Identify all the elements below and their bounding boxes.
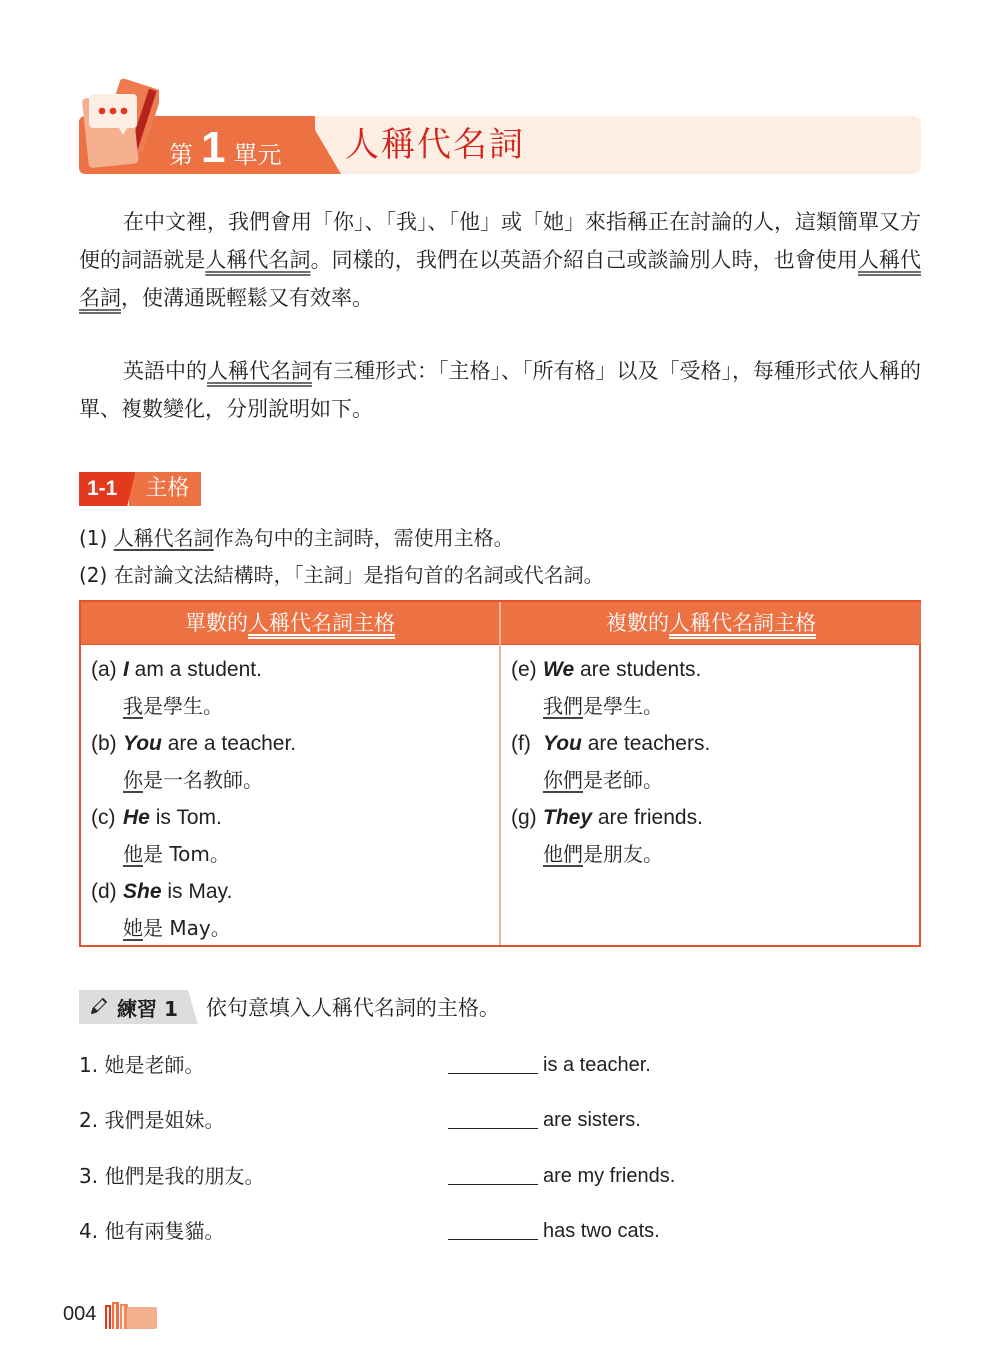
answer-blank[interactable] (448, 1050, 538, 1074)
translation-rest: 是 May。 (143, 916, 231, 940)
example-sentence: (c)He is Tom. (91, 799, 489, 836)
pronoun-zh: 我們 (543, 694, 583, 718)
example-sentence: (d)She is May. (91, 873, 489, 910)
term-underlined: 人稱代名詞 (114, 526, 214, 550)
rule-text: 在討論文法結構時，「主詞」是指句首的名詞或代名詞。 (114, 563, 604, 587)
pronoun: You (543, 732, 582, 755)
practice-label: 練習 1 (117, 993, 178, 1022)
rule-2: (2) 在討論文法結構時，「主詞」是指句首的名詞或代名詞。 (79, 560, 604, 590)
unit-title: 人稱代名詞 (345, 122, 525, 168)
question-english: has two cats. (543, 1216, 660, 1246)
practice-question: 4. 他有兩隻貓。 has two cats. (79, 1216, 921, 1246)
example-translation: 我是學生。 (91, 688, 489, 725)
translation-rest: 是朋友。 (583, 842, 663, 866)
header-text: 複數的 (606, 611, 669, 635)
unit-number-label: 第 1 單元 (169, 122, 281, 172)
question-chinese: 4. 他有兩隻貓。 (79, 1216, 224, 1246)
example-sentence: (e)We are students. (511, 651, 911, 688)
translation-rest: 是老師。 (583, 768, 663, 792)
sentence-rest: is May. (162, 880, 233, 903)
example-label: (g) (511, 799, 543, 836)
books-icon (105, 1299, 157, 1329)
rule-1: (1) 人稱代名詞作為句中的主詞時，需使用主格。 (79, 523, 514, 553)
practice-tag: 練習 1 (79, 990, 198, 1024)
pronoun: You (123, 732, 162, 755)
table-header-singular: 單數的人稱代名詞主格 (81, 602, 499, 645)
pronoun-zh: 他們 (543, 842, 583, 866)
practice-question: 2. 我們是姐妹。 are sisters. (79, 1105, 921, 1135)
section-name: 主格 (129, 472, 201, 506)
pronoun-table: 單數的人稱代名詞主格 (a)I am a student. 我是學生。 (b)Y… (79, 600, 921, 947)
example-label: (a) (91, 651, 123, 688)
intro-paragraph-1: 在中文裡，我們會用「你」、「我」、「他」或「她」來指稱正在討論的人，這類簡單又方… (79, 203, 921, 317)
translation-rest: 是學生。 (143, 694, 223, 718)
term-underlined: 人稱代名詞 (207, 359, 312, 383)
sentence-rest: are students. (574, 658, 701, 681)
example-sentence: (a)I am a student. (91, 651, 489, 688)
pronoun-zh: 我 (123, 694, 143, 718)
example-sentence: (f)You are teachers. (511, 725, 911, 762)
unit-prefix: 第 (169, 138, 193, 172)
pronoun-zh: 他 (123, 842, 143, 866)
example-translation: 你是一名教師。 (91, 762, 489, 799)
table-header-plural: 複數的人稱代名詞主格 (501, 602, 921, 645)
question-chinese: 2. 我們是姐妹。 (79, 1105, 224, 1135)
text: 英語中的 (123, 359, 207, 383)
header-term: 人稱代名詞主格 (248, 611, 395, 635)
chat-book-icon (79, 78, 159, 170)
example-label: (d) (91, 873, 123, 910)
example-sentence: (b)You are a teacher. (91, 725, 489, 762)
question-english: are sisters. (543, 1105, 641, 1135)
translation-rest: 是學生。 (583, 694, 663, 718)
rule-prefix: (2) (79, 563, 114, 587)
pronoun: He (123, 806, 150, 829)
example-label: (e) (511, 651, 543, 688)
example-sentence: (g)They are friends. (511, 799, 911, 836)
term-underlined: 人稱代名詞 (205, 248, 310, 272)
practice-instruction: 依句意填入人稱代名詞的主格。 (206, 992, 500, 1022)
unit-header: 第 1 單元 人稱代名詞 (79, 78, 921, 174)
intro-paragraph-2: 英語中的人稱代名詞有三種形式：「主格」、「所有格」以及「受格」，每種形式依人稱的… (79, 352, 921, 428)
practice-question: 1. 她是老師。 is a teacher. (79, 1050, 921, 1080)
answer-blank[interactable] (448, 1161, 538, 1185)
answer-blank[interactable] (448, 1105, 538, 1129)
section-number: 1-1 (79, 472, 135, 506)
unit-suffix: 單元 (233, 138, 281, 172)
example-translation: 你們是老師。 (511, 762, 911, 799)
plural-examples: (e)We are students. 我們是學生。 (f)You are te… (501, 645, 921, 873)
sentence-rest: am a student. (129, 658, 262, 681)
sentence-rest: is Tom. (150, 806, 222, 829)
answer-blank[interactable] (448, 1216, 538, 1240)
question-english: is a teacher. (543, 1050, 651, 1080)
example-label: (b) (91, 725, 123, 762)
translation-rest: 是 Tom。 (143, 842, 230, 866)
example-translation: 她是 May。 (91, 910, 489, 947)
example-translation: 他們是朋友。 (511, 836, 911, 873)
question-chinese: 3. 他們是我的朋友。 (79, 1161, 264, 1191)
text: 。同樣的，我們在以英語介紹自己或談論別人時，也會使用 (311, 248, 858, 272)
pronoun-zh: 她 (123, 916, 143, 940)
singular-examples: (a)I am a student. 我是學生。 (b)You are a te… (81, 645, 499, 947)
sentence-rest: are teachers. (582, 732, 710, 755)
sentence-rest: are a teacher. (162, 732, 296, 755)
pronoun: We (543, 658, 574, 681)
pronoun: She (123, 880, 162, 903)
pencil-icon (87, 996, 109, 1018)
example-translation: 我們是學生。 (511, 688, 911, 725)
singular-column: 單數的人稱代名詞主格 (a)I am a student. 我是學生。 (b)Y… (81, 602, 501, 945)
page-number: 004 (63, 1302, 96, 1326)
sentence-rest: are friends. (592, 806, 703, 829)
rule-text: 作為句中的主詞時，需使用主格。 (214, 526, 514, 550)
rule-prefix: (1) (79, 526, 114, 550)
unit-number: 1 (201, 124, 225, 172)
translation-rest: 是一名教師。 (143, 768, 263, 792)
question-english: are my friends. (543, 1161, 675, 1191)
practice-question: 3. 他們是我的朋友。 are my friends. (79, 1161, 921, 1191)
example-translation: 他是 Tom。 (91, 836, 489, 873)
pronoun-zh: 你 (123, 768, 143, 792)
plural-column: 複數的人稱代名詞主格 (e)We are students. 我們是學生。 (f… (501, 602, 921, 945)
practice-heading: 練習 1 依句意填入人稱代名詞的主格。 (79, 990, 500, 1024)
header-term: 人稱代名詞主格 (669, 611, 816, 635)
pronoun-zh: 你們 (543, 768, 583, 792)
header-text: 單數的 (185, 611, 248, 635)
question-chinese: 1. 她是老師。 (79, 1050, 204, 1080)
pronoun: They (543, 806, 592, 829)
section-heading: 1-1 主格 (79, 472, 201, 506)
example-label: (f) (511, 725, 543, 762)
text: ，使溝通既輕鬆又有效率。 (121, 286, 373, 310)
example-label: (c) (91, 799, 123, 836)
